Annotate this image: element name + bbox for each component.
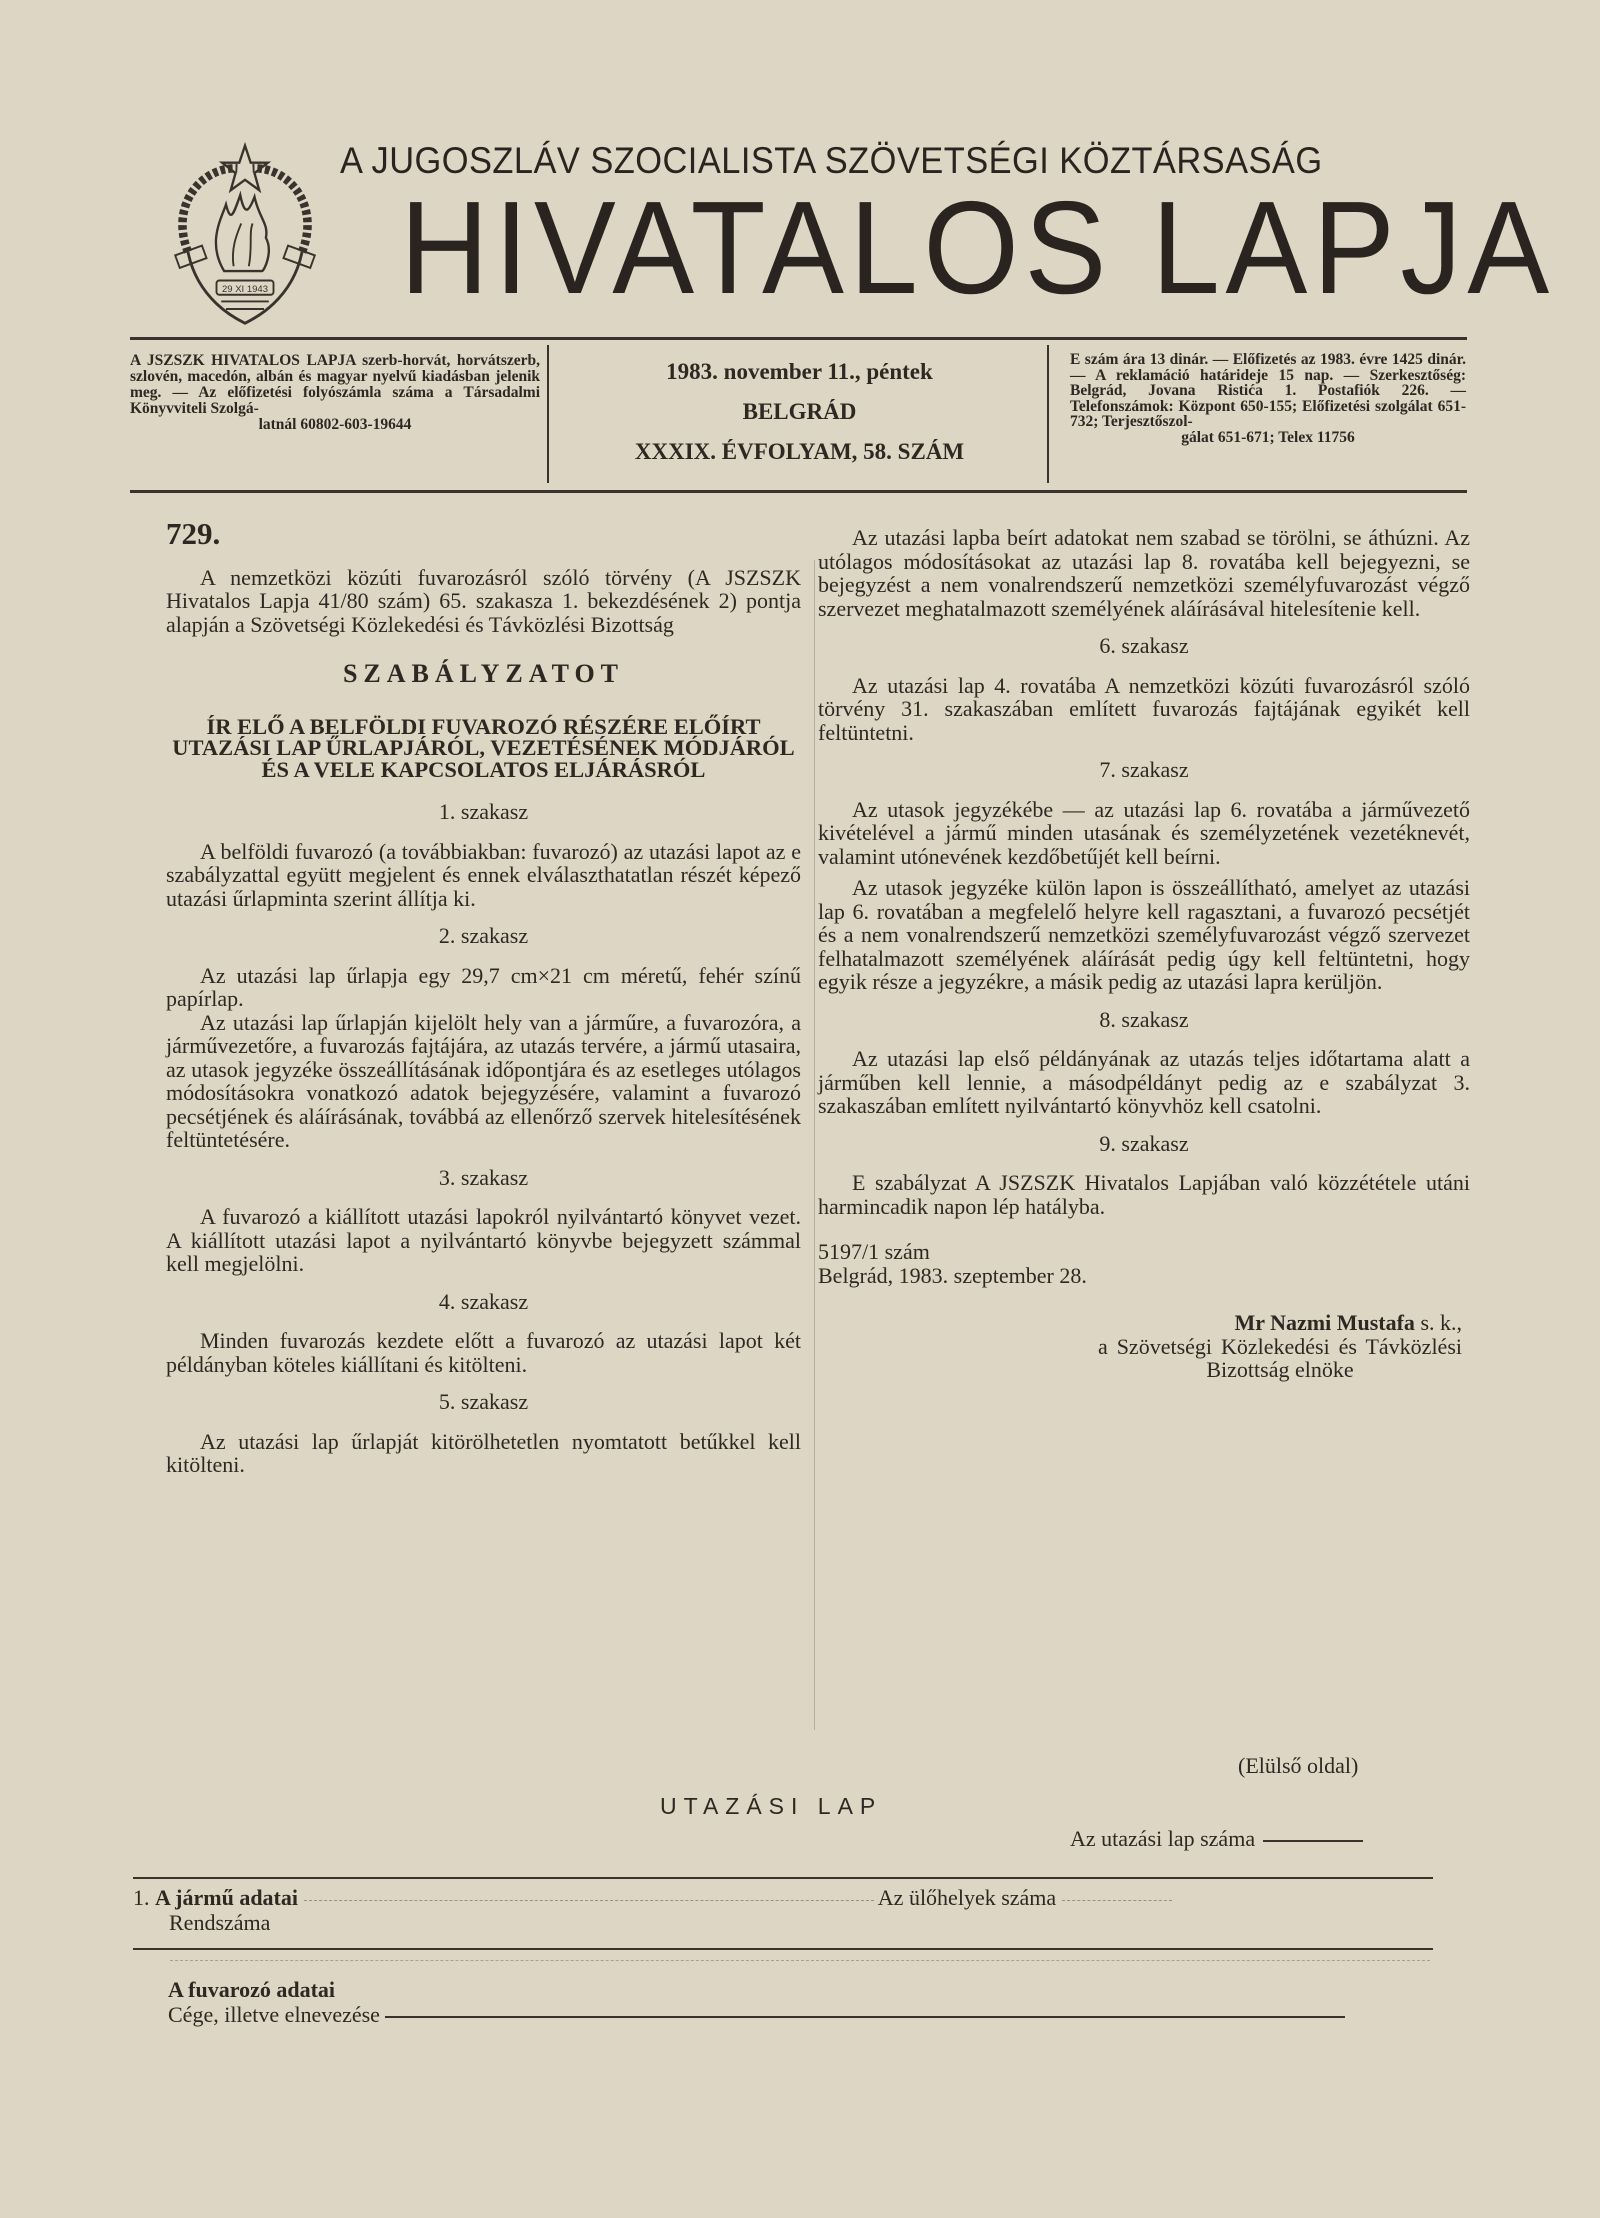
header-top-rule [130, 337, 1467, 340]
carrier-data-label: A fuvarozó adatai [168, 1977, 1438, 2002]
article-left-column: 729. A nemzetközi közúti fuvarozásról sz… [166, 522, 801, 1477]
form-number-field: Az utazási lap száma [1070, 1826, 1363, 1852]
section-6-title: 6. szakasz [818, 634, 1470, 658]
article-subheading: ÍR ELŐ A BELFÖLDI FUVAROZÓ RÉSZÉRE ELŐÍR… [166, 716, 801, 781]
signatory-role: a Szövetségi Közlekedési és Távközlési B… [818, 1335, 1462, 1382]
article-right-column: Az utazási lapba beírt adatokat nem szab… [818, 526, 1470, 1382]
vehicle-data-label: A jármű adatai [155, 1885, 298, 1910]
section-8-paragraph: Az utazási lap első példányának az utazá… [818, 1047, 1470, 1118]
seat-count-label: Az ülőhelyek száma [878, 1885, 1056, 1910]
section-6-paragraph: Az utazási lap 4. rovatába A nemzetközi … [818, 674, 1470, 745]
section-8-title: 8. szakasz [818, 1008, 1470, 1032]
svg-text:29 XI 1943: 29 XI 1943 [222, 284, 268, 295]
signature-block: Mr Nazmi Mustafa s. k., a Szövetségi Köz… [818, 1311, 1470, 1382]
signatory-name: Mr Nazmi Mustafa [1235, 1310, 1415, 1335]
section-5-title: 5. szakasz [166, 1390, 801, 1414]
subscription-info: A JSZSZK HIVATALOS LAPJA szerb-horvát, h… [130, 353, 540, 433]
price-contact-info: E szám ára 13 dinár. — Előfizetés az 198… [1070, 352, 1466, 445]
form-row-carrier: A fuvarozó adatai Cége, illetve elnevezé… [168, 1977, 1438, 2027]
section-7-paragraph: Az utasok jegyzékébe — az utazási lap 6.… [818, 798, 1470, 869]
section-7-title: 7. szakasz [818, 758, 1470, 782]
yugoslav-coat-of-arms-icon: 29 XI 1943 [150, 138, 340, 328]
gazette-name: A JSZSZK HIVATALOS LAPJA [130, 352, 356, 369]
issue-city: BELGRÁD [552, 392, 1047, 432]
gazette-page: 29 XI 1943 A JUGOSZLÁV SZOCIALISTA SZÖVE… [0, 0, 1600, 2218]
article-heading: SZABÁLYZATOT [166, 662, 801, 686]
article-preamble: A nemzetközi közúti fuvarozásról szóló t… [166, 566, 801, 637]
column-divider [814, 560, 815, 1730]
section-4-title: 4. szakasz [166, 1290, 801, 1314]
account-number: 60802-603-19644 [300, 416, 411, 433]
section-5-continuation: Az utazási lapba beírt adatokat nem szab… [818, 526, 1470, 620]
form-title: UTAZÁSI LAP [660, 1793, 882, 1820]
masthead-title: HIVATALOS LAPJA [400, 178, 1377, 318]
section-2-paragraph: Az utazási lap űrlapja egy 29,7 cm×21 cm… [166, 964, 801, 1011]
section-7-paragraph: Az utasok jegyzéke külön lapon is összeá… [818, 876, 1470, 994]
header-divider-left [547, 345, 549, 483]
issue-info: 1983. november 11., péntek BELGRÁD XXXIX… [552, 352, 1047, 472]
company-name-label: Cége, illetve elnevezése [168, 2002, 380, 2027]
issue-volume: XXXIX. ÉVFOLYAM, 58. SZÁM [552, 432, 1047, 472]
section-9-title: 9. szakasz [818, 1132, 1470, 1156]
registration-label: Rendszáma [133, 1910, 1433, 1935]
section-2-paragraph: Az utazási lap űrlapján kijelölt hely va… [166, 1011, 801, 1152]
section-9-paragraph: E szabályzat A JSZSZK Hivatalos Lapjában… [818, 1171, 1470, 1218]
section-5-paragraph: Az utazási lap űrlapját kitörölhetetlen … [166, 1430, 801, 1477]
section-3-title: 3. szakasz [166, 1166, 801, 1190]
place-date: Belgrád, 1983. szeptember 28. [818, 1264, 1470, 1288]
section-4-paragraph: Minden fuvarozás kezdete előtt a fuvaroz… [166, 1329, 801, 1376]
section-1-paragraph: A belföldi fuvarozó (a továbbiakban: fuv… [166, 840, 801, 911]
form-rule-top [133, 1877, 1433, 1879]
form-rule-middle [133, 1948, 1433, 1950]
issue-date: 1983. november 11., péntek [552, 352, 1047, 392]
reference-number: 5197/1 szám [818, 1240, 1470, 1264]
header-bottom-rule [130, 490, 1467, 493]
form-side-label: (Elülső oldal) [1238, 1753, 1358, 1779]
section-2-title: 2. szakasz [166, 924, 801, 948]
section-3-paragraph: A fuvarozó a kiállított utazási lapokról… [166, 1205, 801, 1276]
article-number: 729. [166, 522, 801, 546]
form-row-vehicle: 1. A jármű adatai Az ülőhelyek száma Ren… [133, 1885, 1433, 1935]
header-divider-right [1047, 345, 1049, 483]
section-1-title: 1. szakasz [166, 800, 801, 824]
